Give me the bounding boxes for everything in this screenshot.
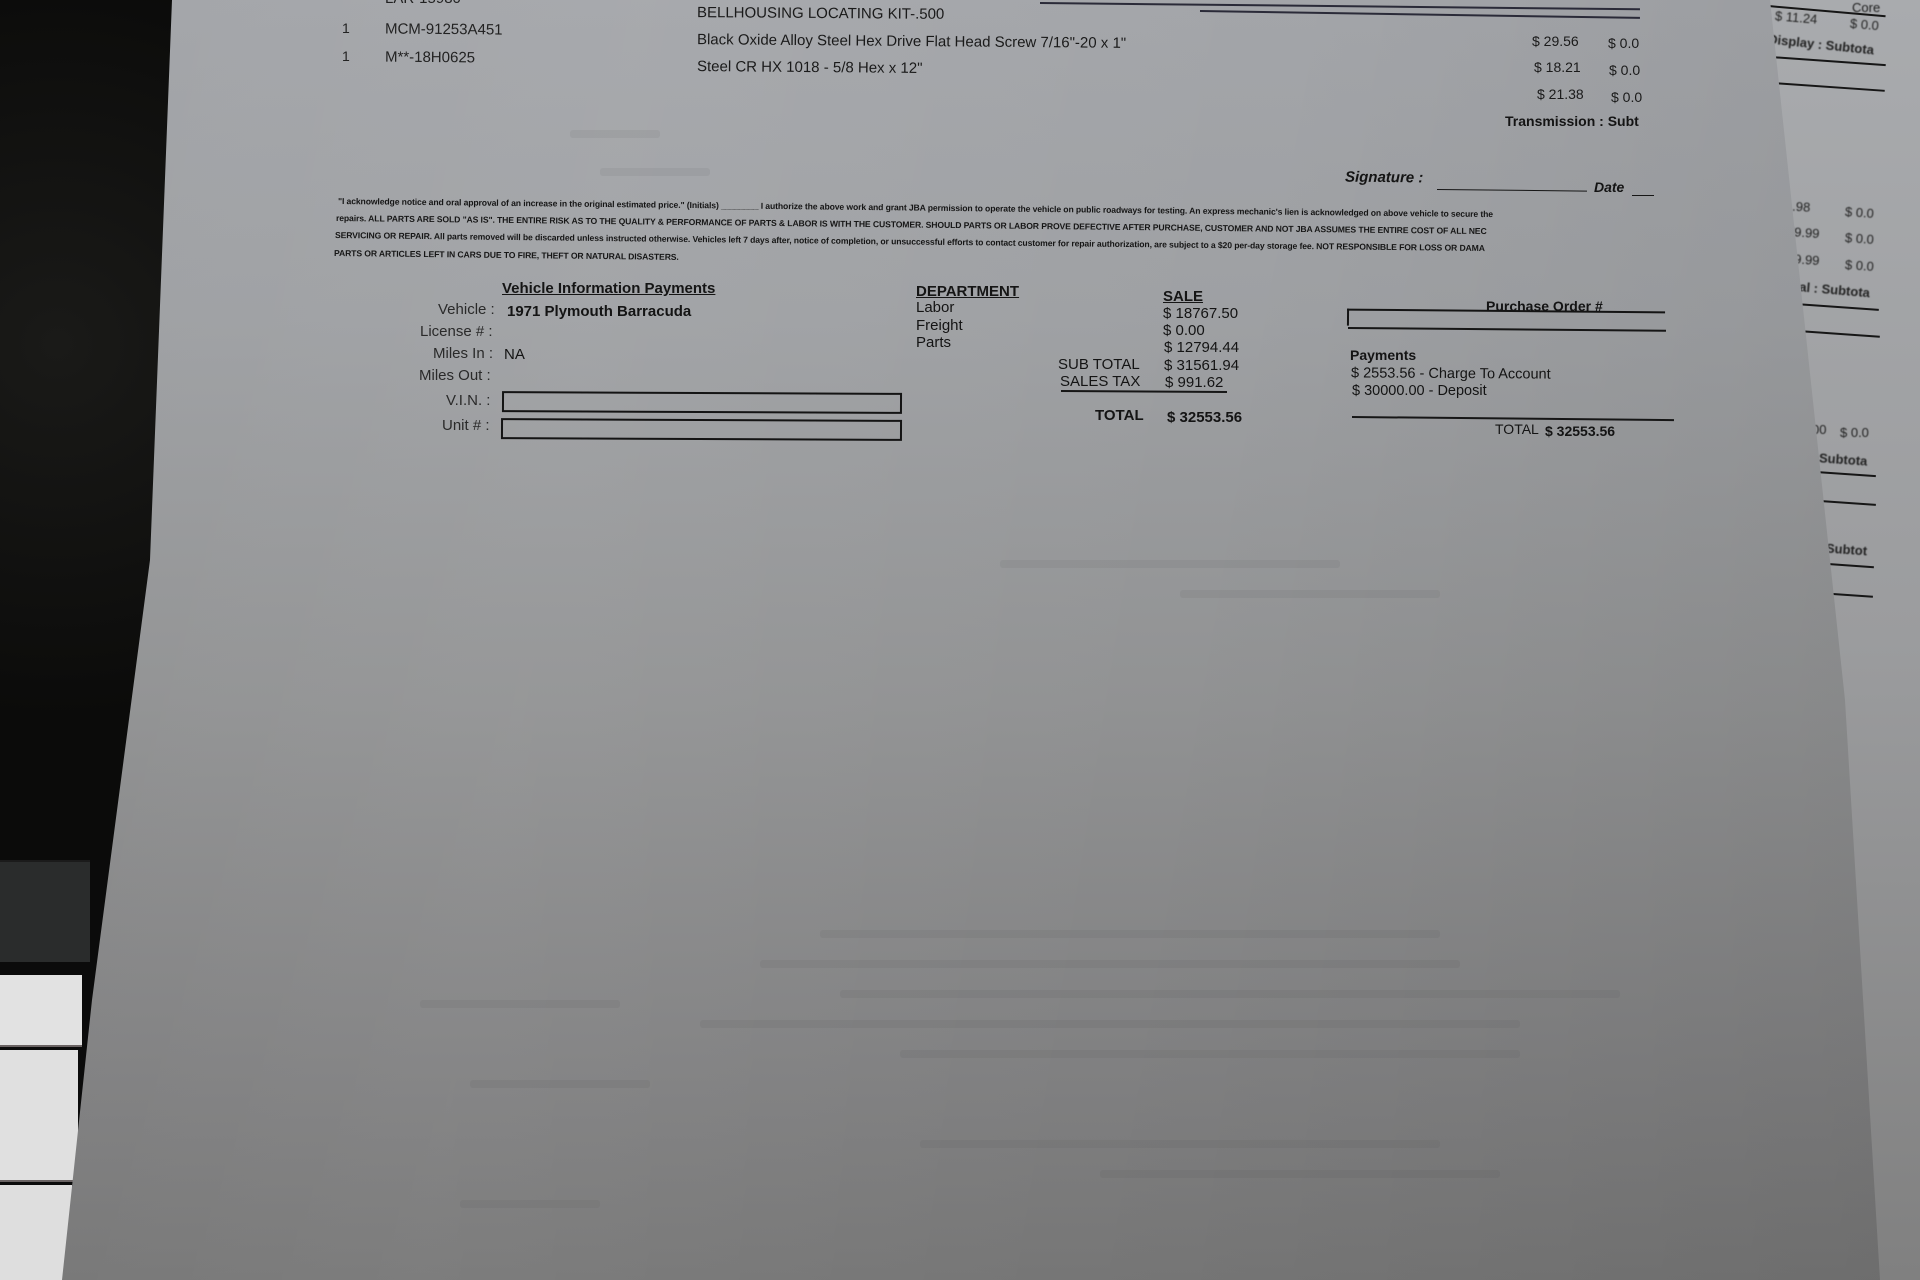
date-label: Date <box>1594 179 1624 195</box>
miles-in-value: NA <box>504 346 525 363</box>
license-label: License # : <box>420 323 493 340</box>
line-item-extra: $ 0.0 <box>1609 62 1640 78</box>
department-heading: DEPARTMENT <box>916 283 1019 300</box>
tax-underline <box>1061 390 1227 393</box>
right-sheet-rule <box>1773 82 1885 91</box>
background-paper-stack <box>0 1185 72 1280</box>
background-ledge <box>0 860 90 962</box>
table-rule <box>1200 10 1640 19</box>
section-subtotal-label: Transmission : Subt <box>1505 113 1639 129</box>
signature-label: Signature : <box>1345 169 1424 187</box>
sale-value: $ 12794.44 <box>1164 339 1239 356</box>
vehicle-info-heading: Vehicle Information Payments <box>502 280 715 297</box>
right-sheet-text: $ 0.0 <box>1845 230 1875 247</box>
background-paper-stack <box>0 975 82 1047</box>
subtotal-value: $ 31561.94 <box>1164 357 1239 374</box>
signature-field[interactable] <box>1437 189 1587 192</box>
right-sheet-text: $ 11.24 <box>1774 8 1818 27</box>
table-rule <box>1040 2 1640 10</box>
right-sheet-rule <box>1828 563 1874 568</box>
right-sheet-subtotal: cal : Subtota <box>1791 279 1870 301</box>
total-label: TOTAL <box>1095 407 1144 424</box>
sale-value: $ 18767.50 <box>1163 305 1238 322</box>
right-sheet-rule <box>1816 471 1876 477</box>
right-sheet-rule <box>1820 500 1876 505</box>
legal-auth-text: I authorize the above work and grant JBA… <box>761 201 1493 219</box>
right-sheet-subtotal: Subtota <box>1819 450 1868 468</box>
right-sheet-text: $ 0.0 <box>1845 204 1875 221</box>
subtotal-label: SUB TOTAL <box>1058 356 1140 373</box>
line-item-qty: 1 <box>342 48 350 64</box>
purchase-order-field[interactable] <box>1347 309 1665 329</box>
sales-tax-label: SALES TAX <box>1060 373 1140 390</box>
line-item-part: M**-18H0625 <box>385 49 475 67</box>
department-row: Labor <box>916 299 954 316</box>
right-sheet-text: $ 0.0 <box>1845 257 1875 274</box>
department-row: Freight <box>916 317 963 334</box>
payments-total-value: $ 32553.56 <box>1545 423 1615 439</box>
vin-label: V.I.N. : <box>446 392 490 409</box>
line-item-qty: 1 <box>342 20 350 36</box>
right-sheet-text: $ 0.0 <box>1840 425 1869 440</box>
line-item-description: BELLHOUSING LOCATING KIT-.500 <box>697 4 944 23</box>
sale-value: $ 0.00 <box>1163 322 1205 339</box>
payments-heading: Payments <box>1350 347 1416 363</box>
vin-field[interactable] <box>502 391 902 414</box>
vehicle-value: 1971 Plymouth Barracuda <box>507 303 691 320</box>
right-sheet-rule <box>1770 56 1886 66</box>
total-value: $ 32553.56 <box>1167 409 1242 426</box>
line-item-price: $ 29.56 <box>1532 33 1579 49</box>
date-field[interactable] <box>1632 195 1654 196</box>
sales-tax-value: $ 991.62 <box>1165 374 1223 391</box>
right-sheet-rule <box>1795 303 1879 310</box>
department-row: Parts <box>916 334 951 351</box>
payment-item: $ 2553.56 - Charge To Account <box>1351 365 1551 382</box>
legal-text-line: PARTS OR ARTICLES LEFT IN CARS DUE TO FI… <box>334 248 679 262</box>
line-item-part: MCM-91253A451 <box>385 20 503 38</box>
sale-heading: SALE <box>1163 288 1203 305</box>
right-sheet-subtotal: Display : Subtota <box>1768 31 1875 57</box>
payments-total-label: TOTAL <box>1495 421 1539 437</box>
line-item-part: LAR-15980 <box>385 0 461 7</box>
unit-field[interactable] <box>501 418 902 441</box>
legal-ack-text: "I acknowledge notice and oral approval … <box>338 196 759 211</box>
right-sheet-rule <box>1833 593 1873 597</box>
right-sheet-text: $ 0.0 <box>1849 16 1879 33</box>
miles-out-label: Miles Out : <box>419 367 491 384</box>
line-item-price: $ 21.38 <box>1537 86 1584 102</box>
vehicle-label: Vehicle : <box>438 301 495 318</box>
line-item-description: Steel CR HX 1018 - 5/8 Hex x 12" <box>697 58 923 77</box>
miles-in-label: Miles In : <box>433 345 493 362</box>
right-sheet-subtotal: Subtot <box>1826 541 1868 559</box>
line-item-extra: $ 0.0 <box>1608 35 1639 51</box>
right-sheet-rule <box>1798 330 1880 337</box>
invoice-sheet: LAR-15980 BELLHOUSING LOCATING KIT-.500 … <box>0 0 1920 1280</box>
line-item-description: Black Oxide Alloy Steel Hex Drive Flat H… <box>697 31 1126 52</box>
payment-item: $ 30000.00 - Deposit <box>1352 383 1487 399</box>
background-paper-stack <box>0 1050 78 1182</box>
unit-label: Unit # : <box>442 417 490 434</box>
line-item-price: $ 18.21 <box>1534 59 1581 75</box>
line-item-extra: $ 0.0 <box>1611 89 1642 105</box>
